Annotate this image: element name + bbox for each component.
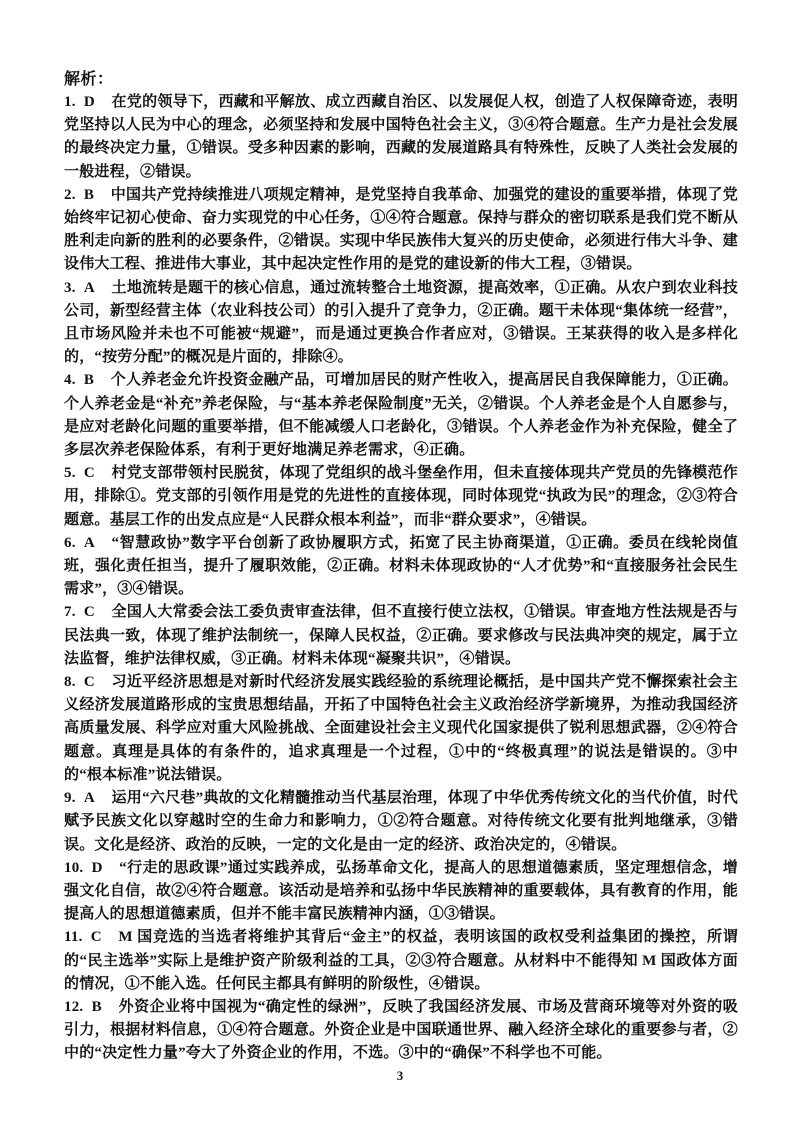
item-number: 8. <box>64 674 76 690</box>
answer-item-6: 6.A“智慧政协”数字平台创新了政协履职方式，拓宽了民主协商渠道，①正确。委员在… <box>64 532 738 602</box>
answer-item-1: 1.D在党的领导下，西藏和平解放、成立西藏自治区、以发展促人权，创造了人权保障奇… <box>64 91 738 184</box>
item-text: M 国竞选的当选者将维护其背后“金主”的权益，表明该国的政权受利益集团的操控，所… <box>64 929 738 991</box>
answer-item-10: 10.D“行走的思政课”通过实践养成，弘扬革命文化，提高人的思想道德素质，坚定理… <box>64 857 738 927</box>
item-answer: A <box>84 790 95 806</box>
item-text: 村党支部带领村民脱贫，体现了党组织的战斗堡垒作用，但未直接体现共产党员的先锋模范… <box>64 465 738 527</box>
item-number: 9. <box>64 790 76 806</box>
item-number: 10. <box>64 860 83 876</box>
item-number: 3. <box>64 280 76 296</box>
item-answer: D <box>92 860 103 876</box>
item-number: 2. <box>64 187 76 203</box>
page-number-footer: 3 <box>0 1068 800 1084</box>
item-text: 土地流转是题干的核心信息，通过流转整合土地资源，提高效率，①正确。从农户到农业科… <box>64 280 738 366</box>
item-number: 5. <box>64 465 76 481</box>
answer-item-7: 7.C全国人大常委会法工委负责审查法律，但不直接行使立法权，①错误。审查地方性法… <box>64 601 738 671</box>
item-answer: C <box>84 674 95 690</box>
item-answer: B <box>84 372 94 388</box>
item-answer: C <box>84 604 95 620</box>
answer-item-3: 3.A土地流转是题干的核心信息，通过流转整合土地资源，提高效率，①正确。从农户到… <box>64 277 738 370</box>
item-number: 4. <box>64 372 76 388</box>
item-answer: C <box>84 465 95 481</box>
item-number: 1. <box>64 94 76 110</box>
answer-item-5: 5.C村党支部带领村民脱贫，体现了党组织的战斗堡垒作用，但未直接体现共产党员的先… <box>64 462 738 532</box>
item-answer: B <box>92 999 102 1015</box>
answer-item-9: 9.A运用“六尺巷”典故的文化精髓推动当代基层治理，体现了中华优秀传统文化的当代… <box>64 787 738 857</box>
item-text: 个人养老金允许投资金融产品，可增加居民的财产性收入，提高居民自我保障能力，①正确… <box>64 372 738 458</box>
item-text: “智慧政协”数字平台创新了政协履职方式，拓宽了民主协商渠道，①正确。委员在线轮岗… <box>64 535 738 597</box>
item-answer: A <box>84 280 95 296</box>
item-answer: C <box>91 929 102 945</box>
item-number: 12. <box>64 999 83 1015</box>
item-answer: A <box>84 535 95 551</box>
item-text: 在党的领导下，西藏和平解放、成立西藏自治区、以发展促人权，创造了人权保障奇迹，表… <box>64 94 738 180</box>
answer-item-8: 8.C习近平经济思想是对新时代经济发展实践经验的系统理论概括，是中国共产党不懈探… <box>64 671 738 787</box>
analysis-heading: 解析： <box>64 68 738 91</box>
item-text: 运用“六尺巷”典故的文化精髓推动当代基层治理，体现了中华优秀传统文化的当代价值，… <box>64 790 738 852</box>
answer-analysis-page: 解析： 1.D在党的领导下，西藏和平解放、成立西藏自治区、以发展促人权，创造了人… <box>64 68 738 1066</box>
answer-item-4: 4.B个人养老金允许投资金融产品，可增加居民的财产性收入，提高居民自我保障能力，… <box>64 369 738 462</box>
item-number: 7. <box>64 604 76 620</box>
answer-item-11: 11.CM 国竞选的当选者将维护其背后“金主”的权益，表明该国的政权受利益集团的… <box>64 926 738 996</box>
item-text: 习近平经济思想是对新时代经济发展实践经验的系统理论概括，是中国共产党不懈探索社会… <box>64 674 738 783</box>
answer-item-2: 2.B中国共产党持续推进八项规定精神，是党坚持自我革命、加强党的建设的重要举措，… <box>64 184 738 277</box>
item-number: 11. <box>64 929 83 945</box>
item-answer: B <box>84 187 94 203</box>
item-text: 中国共产党持续推进八项规定精神，是党坚持自我革命、加强党的建设的重要举措，体现了… <box>64 187 738 273</box>
item-text: “行走的思政课”通过实践养成，弘扬革命文化，提高人的思想道德素质，坚定理想信念，… <box>64 860 738 922</box>
item-text: 全国人大常委会法工委负责审查法律，但不直接行使立法权，①错误。审查地方性法规是否… <box>64 604 738 666</box>
answer-item-12: 12.B外资企业将中国视为“确定性的绿洲”，反映了我国经济发展、市场及营商环境等… <box>64 996 738 1066</box>
item-text: 外资企业将中国视为“确定性的绿洲”，反映了我国经济发展、市场及营商环境等对外资的… <box>64 999 738 1061</box>
item-answer: D <box>84 94 95 110</box>
item-number: 6. <box>64 535 76 551</box>
